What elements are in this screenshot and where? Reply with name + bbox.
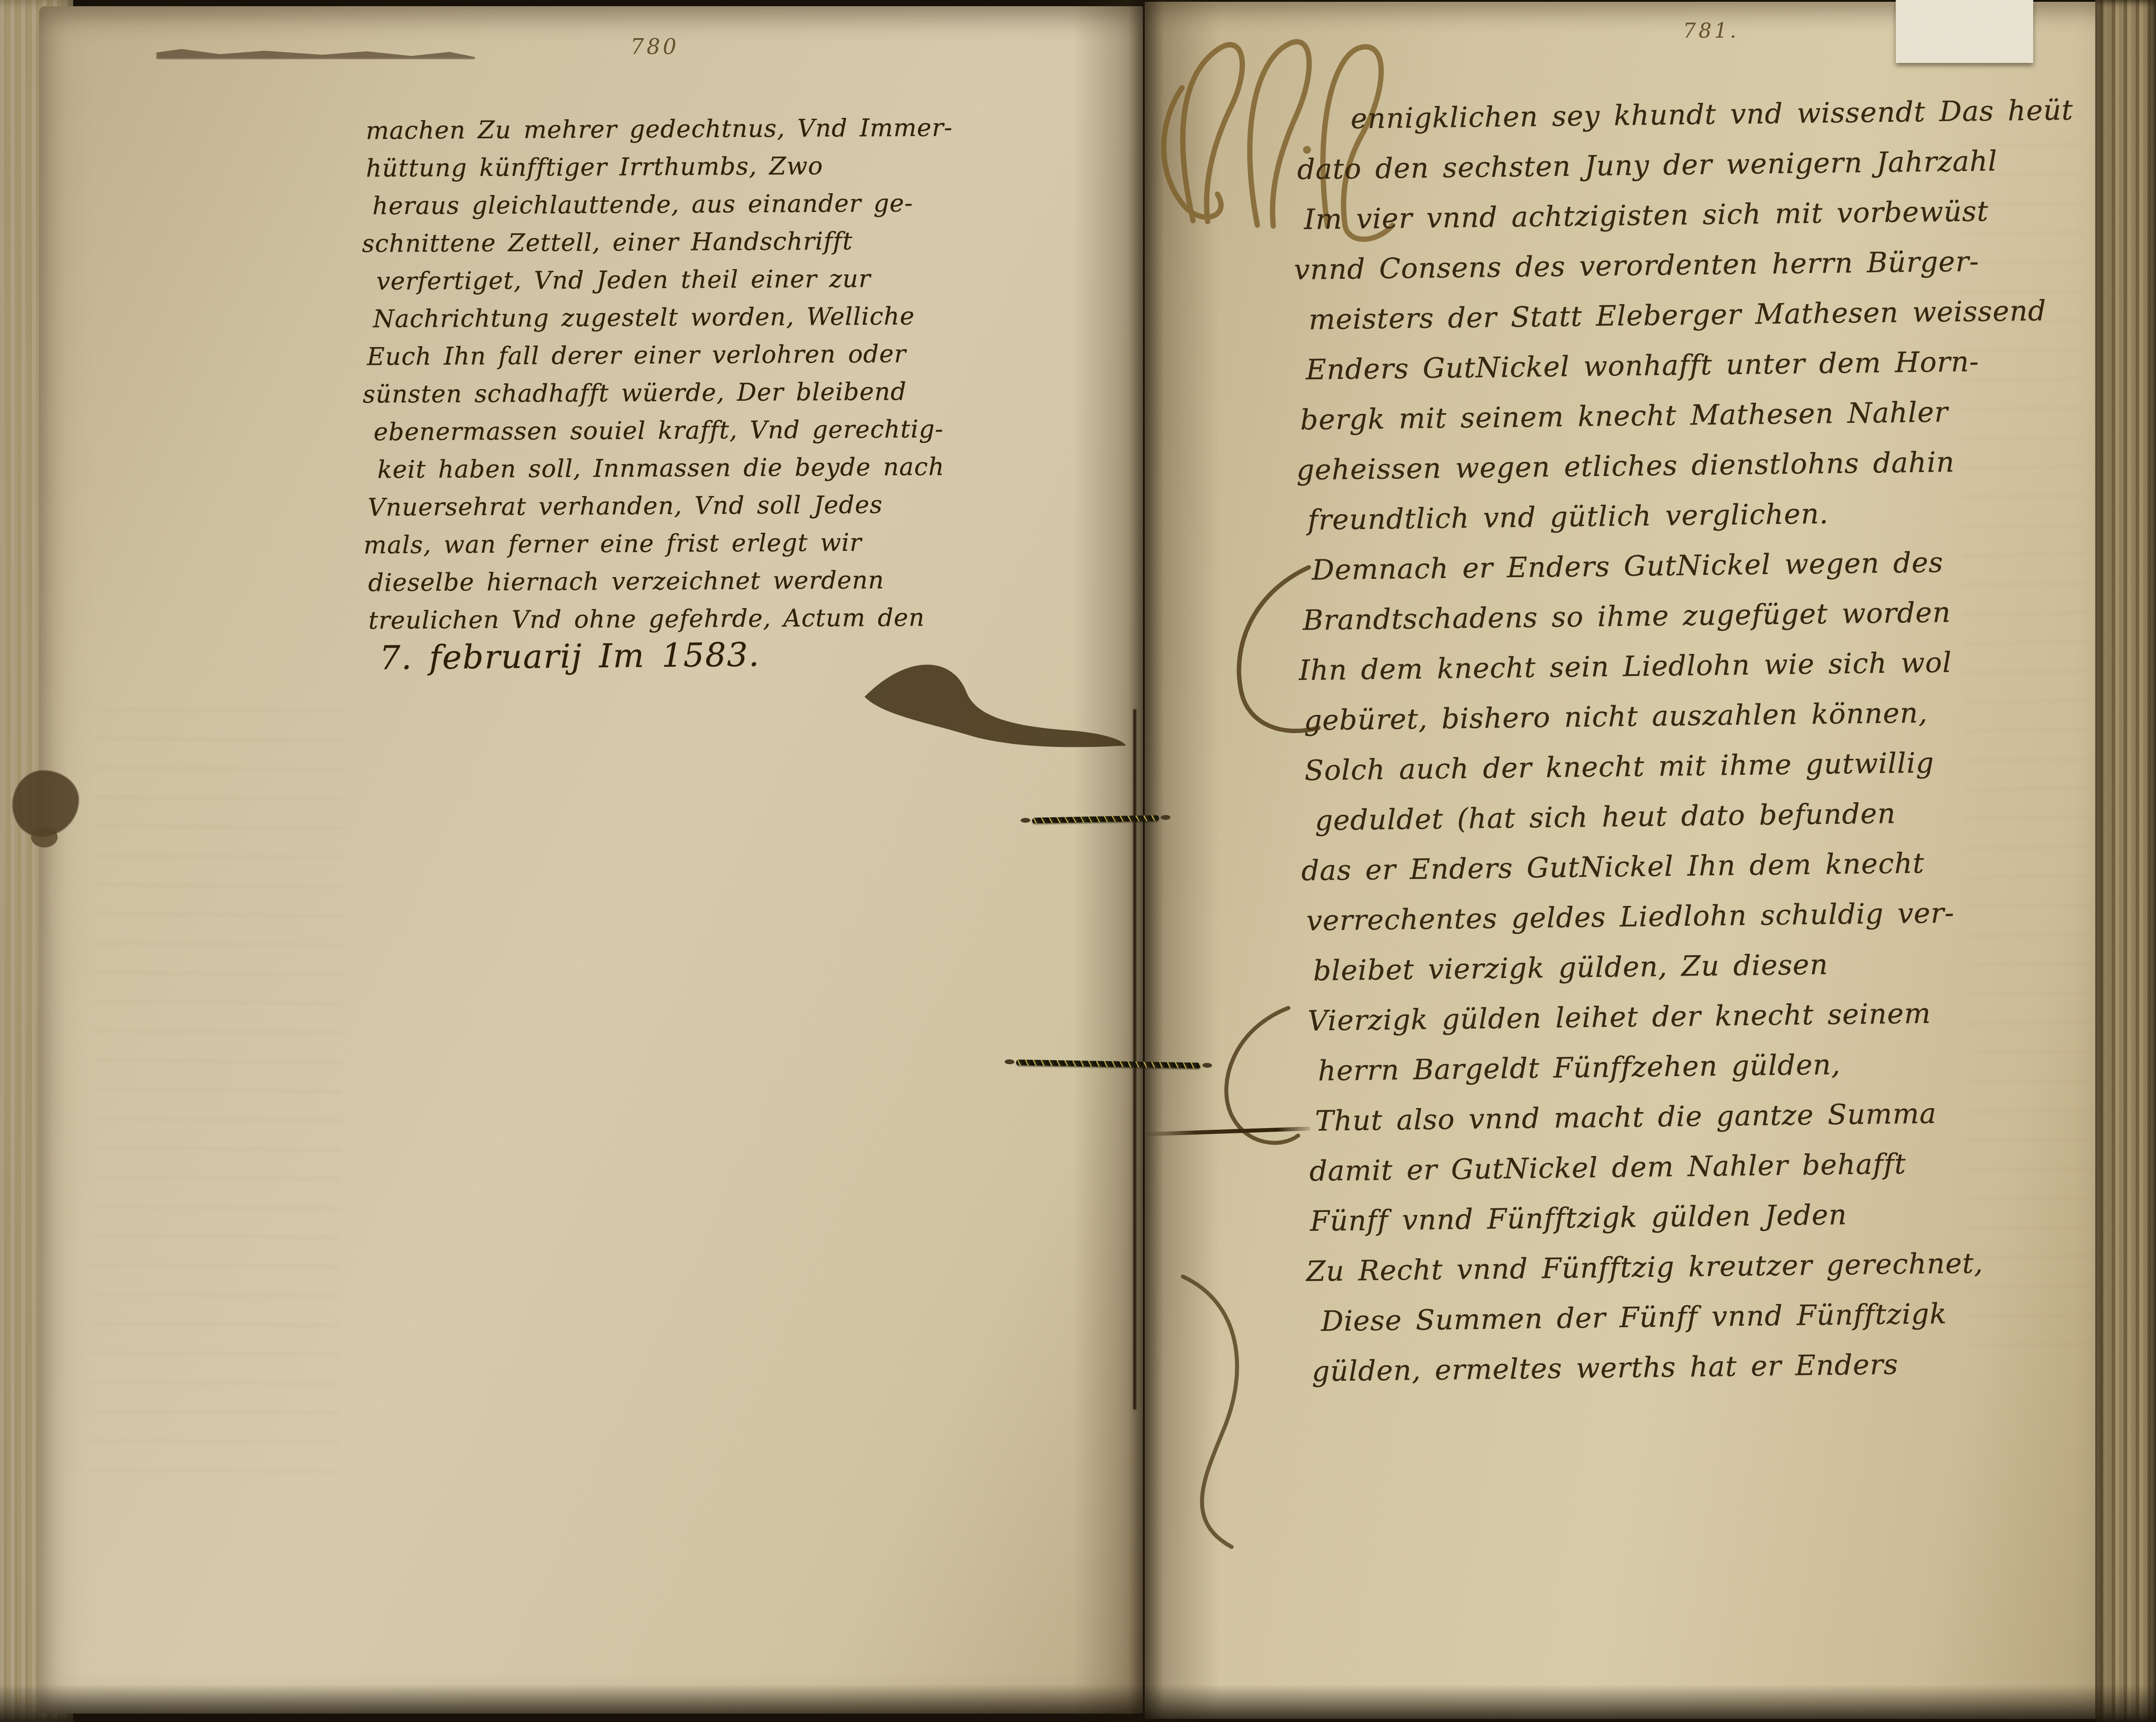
handwriting-line: hüttung künfftiger Irrthumbs, Zwo (366, 150, 1111, 192)
handwriting-line: verrechentes geldes Liedlohn schuldig ve… (1306, 895, 2100, 955)
manuscript-photo: 780 781. machen Zu mehrer gedechtnus, Vn… (0, 0, 2156, 1722)
ink-blot (31, 827, 58, 847)
handwriting-line: damit er GutNickel dem Nahler behafft (1309, 1145, 2103, 1205)
handwriting-line: Vierzigk gülden leihet der knecht seinem (1307, 995, 2101, 1055)
page-number-right: 781. (1683, 19, 1739, 43)
handwriting-line: Fünff vnnd Fünfftzigk gülden Jeden (1310, 1195, 2104, 1255)
handwriting-line: geduldet (hat sich heut dato befunden (1315, 795, 2099, 855)
handwriting-line: herrn Bargeldt Fünffzehen gülden, (1318, 1045, 2102, 1105)
handwriting-line: Solch auch der knecht mit ihme gutwillig (1304, 745, 2098, 804)
handwriting-line: heraus gleichlauttende, aus einander ge- (372, 188, 1111, 230)
handwriting-line: bergk mit seinem knecht Mathesen Nahler (1300, 394, 2094, 454)
handwriting-line: sünsten schadhafft wüerde, Der bleibend (363, 376, 1112, 418)
date-line: 7. februarij Im 1583. (380, 636, 760, 677)
handwriting-line: Thut also vnnd macht die gantze Summa (1315, 1095, 2103, 1155)
handwriting-line: meisters der Statt Eleberger Mathesen we… (1309, 294, 2093, 354)
handwriting-line: Vnuersehrat verhanden, Vnd soll Jedes (368, 489, 1112, 531)
handwriting-line: keit haben soll, Innmassen die beyde nac… (377, 452, 1112, 493)
handwriting-line: Im vier vnnd achtzigisten sich mit vorbe… (1304, 194, 2092, 254)
right-page-text-block: ennigklichen sey khundt vnd wissendt Das… (1296, 94, 2106, 1406)
page-edge-right (2095, 0, 2156, 1722)
handwriting-line: Enders GutNickel wonhafft unter dem Horn… (1306, 344, 2093, 404)
handwriting-line: ennigklichen sey khundt vnd wissendt Das… (1350, 94, 2090, 152)
handwriting-line: freundtlich vnd gütlich verglichen. (1307, 494, 2095, 554)
handwriting-line: Diese Summen der Fünff vnnd Fünfftzigk (1321, 1296, 2105, 1355)
handwriting-line: gülden, ermeltes werths hat er Enders (1312, 1346, 2106, 1406)
handwriting-line: schnittene Zettell, einer Handschrifft (362, 226, 1111, 267)
page-number-left: 780 (630, 35, 679, 59)
gutter-crease (1133, 709, 1136, 1410)
handwriting-line: Ihn dem knecht sein Liedlohn wie sich wo… (1299, 644, 2097, 704)
handwriting-line: bleibet vierzigk gülden, Zu diesen (1313, 945, 2101, 1005)
torn-corner-patch (1896, 0, 2033, 63)
handwriting-line: machen Zu mehrer gedechtnus, Vnd Immer- (366, 113, 1111, 154)
handwriting-line: Brandtschadens so ihme zugefüget worden (1303, 594, 2097, 654)
handwriting-line: geheissen wegen etliches dienstlohns dah… (1296, 444, 2095, 504)
handwriting-line: dato den sechsten Juny der wenigern Jahr… (1297, 144, 2091, 203)
handwriting-line: Demnach er Enders GutNickel wegen des (1312, 544, 2096, 604)
handwriting-line: vnnd Consens des verordenten herrn Bürge… (1294, 244, 2092, 304)
handwriting-line: Zu Recht vnnd Fünfftzig kreutzer gerechn… (1306, 1246, 2105, 1305)
left-page-text-block: machen Zu mehrer gedechtnus, Vnd Immer-h… (366, 113, 1113, 644)
handwriting-line: verfertiget, Vnd Jeden theil einer zur (376, 263, 1111, 305)
handwriting-line: ebenermassen souiel krafft, Vnd gerechti… (373, 414, 1112, 456)
handwriting-line: Euch Ihn fall derer einer verlohren oder (367, 339, 1112, 380)
handwriting-line: mals, wan ferner eine frist erlegt wir (364, 527, 1113, 569)
handwriting-line: das er Enders GutNickel Ihn dem knecht (1301, 845, 2100, 905)
book-bottom-shadow (0, 1684, 2156, 1722)
handwriting-line: gebüret, bishero nicht auszahlen können, (1304, 695, 2098, 754)
bleed-through-text (90, 708, 344, 1486)
handwriting-line: dieselbe hiernach verzeichnet werdenn (368, 565, 1113, 606)
handwriting-line: Nachrichtung zugestelt worden, Welliche (373, 301, 1111, 343)
